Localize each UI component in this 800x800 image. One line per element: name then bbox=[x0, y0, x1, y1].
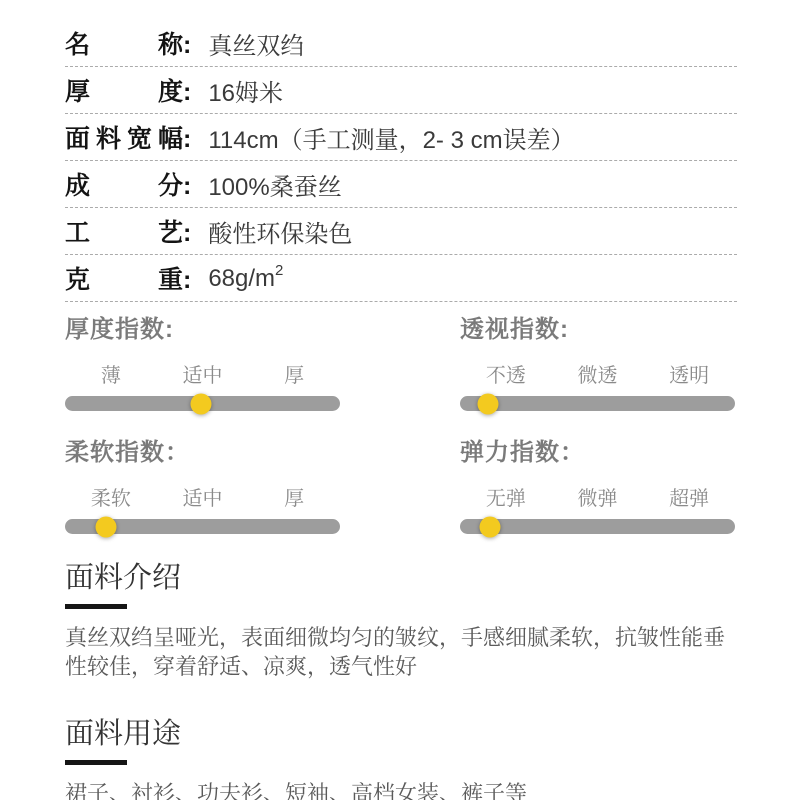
scale-label: 适中 bbox=[157, 482, 249, 511]
title-underline bbox=[65, 760, 127, 765]
section-title: 面料介绍 bbox=[65, 561, 737, 595]
slider-elasticity-index: 弹力指数： 无弹 微弹 超弹 bbox=[460, 439, 735, 534]
slider-softness-index: 柔软指数： 柔软 适中 厚 bbox=[65, 439, 340, 534]
fabric-spec-page: 名称: 真丝双绉 厚度: 16姆米 面料宽幅: 114cm（手工测量，2- 3 … bbox=[0, 0, 800, 800]
spec-value: 16姆米 bbox=[208, 73, 283, 108]
spec-row-name: 名称: 真丝双绉 bbox=[65, 20, 737, 67]
slider-scale-labels: 薄 适中 厚 bbox=[65, 359, 340, 388]
slider-knob[interactable] bbox=[480, 516, 501, 537]
slider-track[interactable] bbox=[460, 396, 735, 411]
scale-label: 适中 bbox=[157, 359, 249, 388]
index-sliders: 厚度指数: 薄 适中 厚 透视指数: 不透 微透 透明 柔软指数： bbox=[65, 316, 737, 534]
spec-label: 名称: bbox=[65, 25, 191, 61]
slider-title: 透视指数: bbox=[460, 316, 735, 344]
slider-title: 柔软指数： bbox=[65, 439, 340, 467]
scale-label: 微透 bbox=[552, 359, 644, 388]
slider-title: 厚度指数: bbox=[65, 316, 340, 344]
slider-knob[interactable] bbox=[191, 393, 212, 414]
spec-table: 名称: 真丝双绉 厚度: 16姆米 面料宽幅: 114cm（手工测量，2- 3 … bbox=[65, 20, 737, 302]
scale-label: 超弹 bbox=[643, 482, 735, 511]
scale-label: 柔软 bbox=[65, 482, 157, 511]
slider-scale-labels: 柔软 适中 厚 bbox=[65, 482, 340, 511]
slider-knob[interactable] bbox=[96, 516, 117, 537]
superscript-2: 2 bbox=[275, 262, 283, 279]
scale-label: 厚 bbox=[248, 482, 340, 511]
spec-label: 成分: bbox=[65, 166, 191, 202]
spec-label: 厚度: bbox=[65, 72, 191, 108]
spec-value: 114cm（手工测量，2- 3 cm误差） bbox=[208, 120, 574, 155]
slider-scale-labels: 无弹 微弹 超弹 bbox=[460, 482, 735, 511]
spec-row-width: 面料宽幅: 114cm（手工测量，2- 3 cm误差） bbox=[65, 114, 737, 161]
slider-track[interactable] bbox=[65, 519, 340, 534]
scale-label: 无弹 bbox=[460, 482, 552, 511]
title-underline bbox=[65, 604, 127, 609]
scale-label: 微弹 bbox=[552, 482, 644, 511]
spec-value: 100%桑蚕丝 bbox=[208, 167, 341, 202]
section-body: 裙子、衬衫、功夫衫、短袖、高档女装、裤子等 bbox=[65, 779, 740, 800]
scale-label: 不透 bbox=[460, 359, 552, 388]
slider-track[interactable] bbox=[65, 396, 340, 411]
spec-value: 真丝双绉 bbox=[208, 26, 304, 61]
section-body: 真丝双绉呈哑光，表面细微均匀的皱纹，手感细腻柔软，抗皱性能垂性较佳，穿着舒适、凉… bbox=[65, 623, 740, 681]
spec-value: 酸性环保染色 bbox=[208, 214, 352, 249]
slider-thickness-index: 厚度指数: 薄 适中 厚 bbox=[65, 316, 340, 411]
spec-label: 克重: bbox=[65, 260, 191, 296]
spec-label: 面料宽幅: bbox=[65, 119, 191, 155]
spec-row-thickness: 厚度: 16姆米 bbox=[65, 67, 737, 114]
slider-scale-labels: 不透 微透 透明 bbox=[460, 359, 735, 388]
spec-row-craft: 工艺: 酸性环保染色 bbox=[65, 208, 737, 255]
slider-transparency-index: 透视指数: 不透 微透 透明 bbox=[460, 316, 735, 411]
spec-row-composition: 成分: 100%桑蚕丝 bbox=[65, 161, 737, 208]
scale-label: 透明 bbox=[643, 359, 735, 388]
spec-value: 68g/m2 bbox=[208, 264, 283, 293]
slider-track[interactable] bbox=[460, 519, 735, 534]
section-title: 面料用途 bbox=[65, 717, 737, 751]
section-fabric-introduction: 面料介绍 真丝双绉呈哑光，表面细微均匀的皱纹，手感细腻柔软，抗皱性能垂性较佳，穿… bbox=[65, 561, 737, 681]
scale-label: 薄 bbox=[65, 359, 157, 388]
section-fabric-usage: 面料用途 裙子、衬衫、功夫衫、短袖、高档女装、裤子等 bbox=[65, 717, 737, 800]
scale-label: 厚 bbox=[248, 359, 340, 388]
slider-knob[interactable] bbox=[477, 393, 498, 414]
slider-title: 弹力指数： bbox=[460, 439, 735, 467]
spec-row-weight: 克重: 68g/m2 bbox=[65, 255, 737, 302]
spec-label: 工艺: bbox=[65, 213, 191, 249]
